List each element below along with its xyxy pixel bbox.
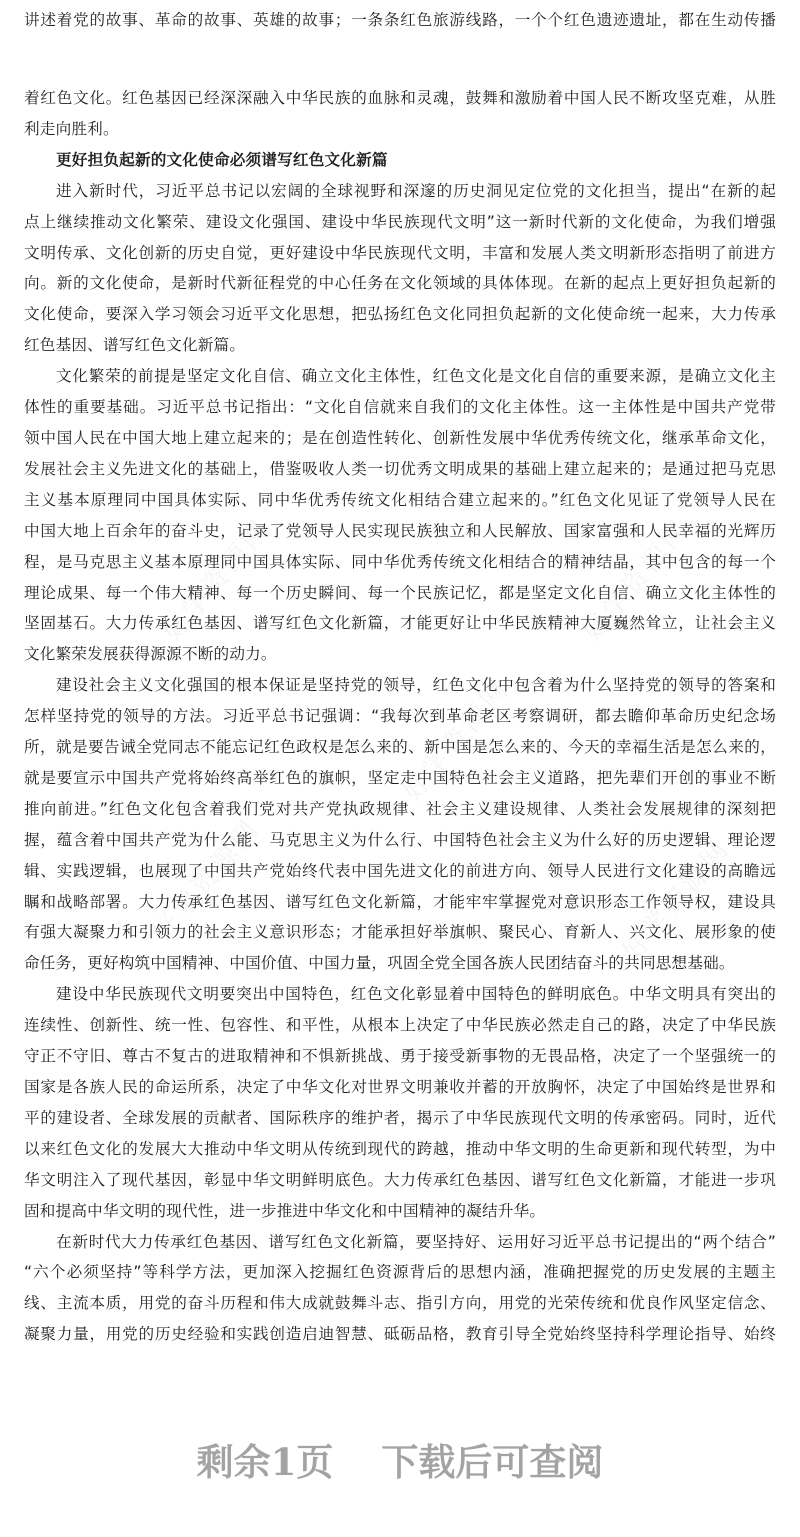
text-line: 线、主流本质，用党的奋斗历程和伟大成就鼓舞斗志、指引方向，用党的光荣传统和优良作…: [24, 1288, 776, 1319]
paragraph-3: 建设社会主义文化强国的根本保证是坚持党的领导，红色文化中包含着为什么坚持党的领导…: [24, 670, 776, 979]
download-prompt[interactable]: 剩余1页下载后可查阅: [0, 1432, 800, 1486]
text-line: 文化繁荣发展获得源源不断的动力。: [24, 639, 776, 670]
text-line: 坚固基石。大力传承红色基因、谱写红色文化新篇，才能更好让中华民族精神大厦巍然耸立…: [24, 608, 776, 639]
text-line: 红色基因、谱写红色文化新篇。: [24, 330, 776, 361]
carryover-top-line: 讲述着党的故事、革命的故事、英雄的故事；一条条红色旅游线路，一个个红色遗迹遗址，…: [24, 5, 776, 35]
text-line: 理论成果、每一个伟大精神、每一个历史瞬间、每一个民族记忆，都是坚定文化自信、确立…: [24, 578, 776, 609]
section-heading: 更好担负起新的文化使命必须谱写红色文化新篇: [24, 145, 776, 176]
download-to-view-label[interactable]: 下载后可查阅: [381, 1440, 603, 1484]
text-line: 点上继续推动文化繁荣、建设文化强国、建设中华民族现代文明”这一新时代新的文化使命…: [24, 207, 776, 238]
paragraph-5: 在新时代大力传承红色基因、谱写红色文化新篇，要坚持好、运用好习近平总书记提出的“…: [24, 1227, 776, 1351]
text-line: 程，是马克思主义基本原理同中国具体实际、同中华优秀传统文化相结合的精神结晶，其中…: [24, 547, 776, 578]
text-line: 国家是各族人民的命运所系，决定了中华文化对世界文明兼收并蓄的开放胸怀，决定了中国…: [24, 1072, 776, 1103]
paragraph-1: 进入新时代，习近平总书记以宏阔的全球视野和深邃的历史洞见定位党的文化担当，提出“…: [24, 176, 776, 361]
text-line: 守正不守旧、尊古不复古的进取精神和不惧新挑战、勇于接受新事物的无畏品格，决定了一…: [24, 1041, 776, 1072]
text-line: 华文明注入了现代基因，彰显中华文明鲜明底色。大力传承红色基因、谱写红色文化新篇，…: [24, 1165, 776, 1196]
text-line: 有强大凝聚力和引领力的社会主义意识形态；才能承担好举旗帜、聚民心、育新人、兴文化…: [24, 917, 776, 948]
text-line: 向。新的文化使命，是新时代新征程党的中心任务在文化领域的具体体现。在新的起点上更…: [24, 268, 776, 299]
text-line: 平的建设者、全球发展的贡献者、国际秩序的维护者，揭示了中华民族现代文明的传承密码…: [24, 1103, 776, 1134]
remaining-pages-label[interactable]: 剩余1页: [197, 1440, 334, 1484]
text-line: 所，就是要告诫全党同志不能忘记红色政权是怎么来的、新中国是怎么来的、今天的幸福生…: [24, 732, 776, 763]
text-line: 文化使命，要深入学习领会习近平文化思想，把弘扬红色文化同担负起新的文化使命统一起…: [24, 299, 776, 330]
text-line: 就是要宣示中国共产党将始终高举红色的旗帜，坚定走中国特色社会主义道路，把先辈们开…: [24, 763, 776, 794]
text-line: 凝聚力量，用党的历史经验和实践创造启迪智慧、砥砺品格，教育引导全党始终坚持科学理…: [24, 1319, 776, 1350]
text-line: 文明传承、文化创新的历史自觉，更好建设中华民族现代文明，丰富和发展人类文明新形态…: [24, 238, 776, 269]
text-line: 建设中华民族现代文明要突出中国特色，红色文化彰显着中国特色的鲜明底色。中华文明具…: [24, 979, 776, 1010]
text-line: 在新时代大力传承红色基因、谱写红色文化新篇，要坚持好、运用好习近平总书记提出的“…: [24, 1227, 776, 1258]
text-line: 怎样坚持党的领导的方法。习近平总书记强调：“我每次到革命老区考察调研，都去瞻仰革…: [24, 701, 776, 732]
text-line: 领中国人民在中国大地上建立起来的；是在创造性转化、创新性发展中华优秀传统文化，继…: [24, 423, 776, 454]
content-block: 着红色文化。红色基因已经深深融入中华民族的血脉和灵魂，鼓舞和激励着中国人民不断攻…: [24, 83, 776, 1350]
text-line: 讲述着党的故事、革命的故事、英雄的故事；一条条红色旅游线路，一个个红色遗迹遗址，…: [24, 5, 776, 35]
text-line: 中国大地上百余年的奋斗史，记录了党领导人民实现民族独立和人民解放、国家富强和人民…: [24, 516, 776, 547]
paragraph-4: 建设中华民族现代文明要突出中国特色，红色文化彰显着中国特色的鲜明底色。中华文明具…: [24, 979, 776, 1226]
text-line: 命任务，更好构筑中国精神、中国价值、中国力量，巩固全党全国各族人民团结奋斗的共同…: [24, 948, 776, 979]
text-line: 进入新时代，习近平总书记以宏阔的全球视野和深邃的历史洞见定位党的文化担当，提出“…: [24, 176, 776, 207]
carryover-paragraph: 着红色文化。红色基因已经深深融入中华民族的血脉和灵魂，鼓舞和激励着中国人民不断攻…: [24, 83, 776, 145]
text-line: 发展社会主义先进文化的基础上，借鉴吸收人类一切优秀文明成果的基础上建立起来的；是…: [24, 454, 776, 485]
text-line: 瞩和战略部署。大力传承红色基因、谱写红色文化新篇，才能牢牢掌握党对意识形态工作领…: [24, 887, 776, 918]
text-line: 利走向胜利。: [24, 114, 776, 145]
text-line: “六个必须坚持”等科学方法，更加深入挖掘红色资源背后的思想内涵，准确把握党的历史…: [24, 1257, 776, 1288]
text-line: 以来红色文化的发展大大推动中华文明从传统到现代的跨越，推动中华文明的生命更新和现…: [24, 1134, 776, 1165]
text-line: 推向前进。”红色文化包含着我们党对共产党执政规律、社会主义建设规律、人类社会发展…: [24, 794, 776, 825]
text-line: 握，蕴含着中国共产党为什么能、马克思主义为什么行、中国特色社会主义为什么好的历史…: [24, 825, 776, 856]
text-line: 主义基本原理同中国具体实际、同中华优秀传统文化相结合建立起来的。”红色文化见证了…: [24, 485, 776, 516]
text-line: 着红色文化。红色基因已经深深融入中华民族的血脉和灵魂，鼓舞和激励着中国人民不断攻…: [24, 83, 776, 114]
text-line: 连续性、创新性、统一性、包容性、和平性，从根本上决定了中华民族必然走自己的路，决…: [24, 1010, 776, 1041]
text-line: 辑、实践逻辑，也展现了中国共产党始终代表中国先进文化的前进方向、领导人民进行文化…: [24, 856, 776, 887]
text-line: 固和提高中华文明的现代性，进一步推进中华文化和中国精神的凝结升华。: [24, 1196, 776, 1227]
text-line: 体性的重要基础。习近平总书记指出：“文化自信就来自我们的文化主体性。这一主体性是…: [24, 392, 776, 423]
paragraph-2: 文化繁荣的前提是坚定文化自信、确立文化主体性，红色文化是文化自信的重要来源，是确…: [24, 361, 776, 670]
text-line: 文化繁荣的前提是坚定文化自信、确立文化主体性，红色文化是文化自信的重要来源，是确…: [24, 361, 776, 392]
text-line: 建设社会主义文化强国的根本保证是坚持党的领导，红色文化中包含着为什么坚持党的领导…: [24, 670, 776, 701]
